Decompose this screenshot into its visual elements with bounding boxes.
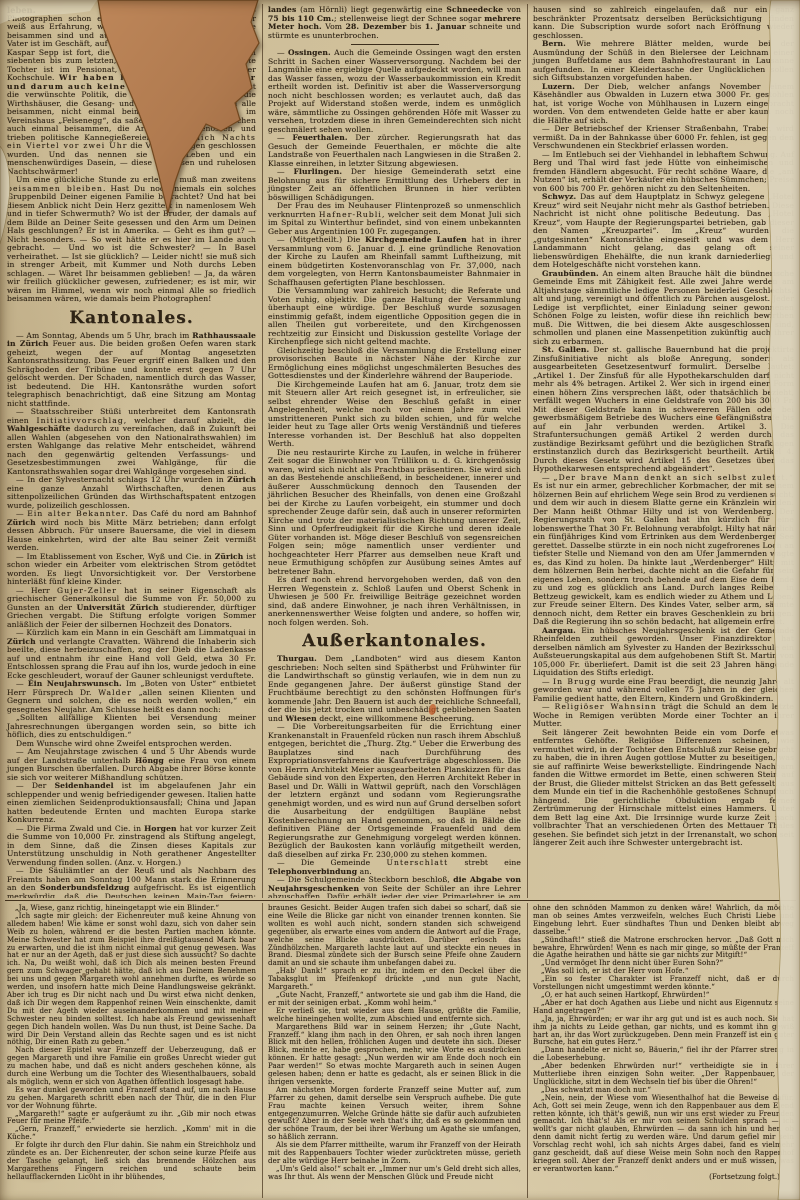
text: Photographen schon eine Familiengruppe b… xyxy=(7,14,256,83)
paragraph: „Dann handelte er nicht so, Bäuerin,“ fi… xyxy=(533,1047,794,1063)
paragraph: — Die Vorbereitungsarbeiten für die Erri… xyxy=(268,723,521,859)
paragraph: — Die Schulgemeinde Steckborn beschloß, … xyxy=(268,876,521,898)
text: — Der Betriebschef der Krienser Straßenb… xyxy=(533,124,794,150)
paragraph: — „Der brave Mann denkt an sich selbst z… xyxy=(533,474,794,627)
paragraph: St. Gallen. Der st. gallische Bauernbund… xyxy=(533,346,794,474)
paragraph: — Am Neujahrstage zwischen 4 und 5 Uhr A… xyxy=(7,748,256,782)
feuilleton-divider-rule xyxy=(5,900,796,901)
paragraph: — Am Sonntag, Abends um 5 Uhr, brach im … xyxy=(7,332,256,409)
text: „Ja, ja, Ehrwürden; er war ihr arg gut u… xyxy=(533,1015,794,1047)
paragraph: „Ich sagte mir gleich: der Eichenreuter … xyxy=(7,913,256,1047)
text: Die Kirchgemeinde Laufen hat am 6. Janua… xyxy=(268,380,521,449)
paragraph: „Hab' Dank!“ sprach er zu ihr, indem er … xyxy=(268,968,521,992)
paragraph: — Ossingen. Auch die Gemeinde Ossingen w… xyxy=(268,49,521,134)
paragraph: Es darf noch ehrend hervorgehoben werden… xyxy=(268,576,521,627)
page-content: leben.vom modernen Familien-Photographen… xyxy=(5,4,796,1198)
text: „O, er hat auch seinen Hartkopf, Ehrwürd… xyxy=(541,991,709,999)
paragraph: „Gute Nacht, Franzeff,“ antwortete sie u… xyxy=(268,992,521,1008)
text: „Aber bedenken Ehrwürden nur!“ vertheidi… xyxy=(533,1062,794,1086)
paragraph: Schwyz. Das auf dem Hauptplatz in Schwyz… xyxy=(533,193,794,270)
text: Er folgte ihr durch den Flur dahin. Sie … xyxy=(7,1141,256,1181)
text: (Fortsetzung folgt.) xyxy=(709,1173,780,1181)
text: bis xyxy=(406,22,425,31)
top-article: leben.vom modernen Familien-Photographen… xyxy=(7,6,256,304)
paragraph: landes (am Hörnli) liegt gegenwärtig ein… xyxy=(268,6,521,40)
text: Feuer aus. Die beiden großen Oefen waren… xyxy=(7,339,256,408)
text: „Sollten allfällige Klienten bei Versend… xyxy=(7,713,256,739)
text: eine ganze Anzahl Wirthschaften, denen a… xyxy=(7,484,256,510)
paragraph: „Ja, ja, Ehrwürden; er war ihr arg gut u… xyxy=(533,1016,794,1048)
paragraph: „Sündhaft!“ stieß die Matrone erschrocke… xyxy=(533,937,794,961)
main-column-2: landes (am Hörnli) liegt gegenwärtig ein… xyxy=(263,4,528,898)
paragraph: — (Mitgetheilt.) Die Kirchgemeinde Laufe… xyxy=(268,236,521,287)
bold-text: 1. Januar xyxy=(425,22,466,31)
text: Nach dieser Epistel war Franzeff der Ueb… xyxy=(7,1046,256,1086)
paragraph: Bern. Wie mehrere Blätter melden, wurde … xyxy=(533,40,794,83)
paragraph: Nach dieser Epistel war Franzeff der Ueb… xyxy=(7,1047,256,1087)
section-heading-ausserkantonales: Außerkantonales. xyxy=(268,632,521,651)
text: „Margareth!“ sagte er aufgeräumt zu ihr.… xyxy=(7,1110,256,1126)
text: — Die Vorbereitungsarbeiten für die Erri… xyxy=(268,722,521,859)
paragraph: — Der Betriebschef der Krienser Straßenb… xyxy=(533,125,794,151)
ausserkantonales-items: Thurgau. Dem „Landboten“ wird aus diesem… xyxy=(268,655,521,898)
text: strebt eine xyxy=(448,858,521,867)
paragraph: Aargau. Ein hübsches Neujahrsgeschenk is… xyxy=(533,627,794,678)
text: Margarethens Bild war in seinem Herzen; … xyxy=(268,1023,521,1086)
text: „Nein, nein, der Wiese vom Wiesenthalhof… xyxy=(533,1094,794,1173)
paragraph: — Herr Gujer-Zeller hat in seiner Eigens… xyxy=(7,587,256,630)
paragraph: — Im Etablissement von Escher, Wyß und C… xyxy=(7,553,256,587)
text: „Gute Nacht, Franzeff,“ antwortete sie u… xyxy=(268,991,521,1007)
column2-items: — Ossingen. Auch die Gemeinde Ossingen w… xyxy=(268,49,521,627)
text: Als sie dem Pfarrer mittheilte, warum ih… xyxy=(268,1141,521,1165)
feuilleton-column-2: braunes Gesicht. Beider Augen trafen sic… xyxy=(263,903,528,1198)
text: „Gern, Franzeff,“ erwiederte sie herzlic… xyxy=(7,1125,256,1141)
paragraph: — Flurlingen. Der hiesige Gemeinderath s… xyxy=(268,168,521,202)
paragraph: Margarethens Bild war in seinem Herzen; … xyxy=(268,1024,521,1087)
text: „Um's Geld also!“ schalt er. „Immer nur … xyxy=(268,1165,521,1181)
text: „Sündhaft!“ stieß die Matrone erschrocke… xyxy=(533,936,794,960)
paragraph: — In Brugg wurde eine Frau beerdigt, die… xyxy=(533,678,794,704)
text: „Ich sagte mir gleich: der Eichenreuter … xyxy=(7,912,256,1047)
text: Es ist nur ein armer, gebrechlicher Korb… xyxy=(533,481,794,626)
paragraph: Luzern. Der Dieb, welcher anfangs Novemb… xyxy=(533,83,794,126)
paragraph: — Staatsschreiber Stüßi unterbreitet dem… xyxy=(7,408,256,476)
paragraph: Seit längerer Zeit bewohnten Beide ein v… xyxy=(533,729,794,848)
paragraph: Er verließ sie, trat wieder aus dem Haus… xyxy=(268,1008,521,1024)
feuilleton-section: „Ja, Wiese, ganz richtig, hineingetappt … xyxy=(5,903,796,1198)
paragraph: — Ein alter Bekannter. Das Café du nord … xyxy=(7,510,256,553)
text: Das auf dem Hauptplatz in Schwyz gelegen… xyxy=(533,192,794,269)
text: Die Versammlung war zahlreich besucht; d… xyxy=(268,286,521,346)
paragraph: — Der Seidenhandel ist im abgelaufenen J… xyxy=(7,782,256,825)
text: Es darf noch ehrend hervorgehoben werden… xyxy=(268,575,521,627)
paragraph: Die Kirchgemeinde Laufen hat am 6. Janua… xyxy=(268,381,521,449)
text: braunes Gesicht. Beider Augen trafen sic… xyxy=(268,904,521,967)
kantonales-items: — Am Sonntag, Abends um 5 Uhr, brach im … xyxy=(7,332,256,899)
text: „Das schwatzt man doch nur.“ xyxy=(541,1086,651,1094)
paragraph: — Ein Neujahrswunsch. Im „Boten von Uste… xyxy=(7,680,256,714)
paragraph: Graubünden. An einem alten Brauche hält … xyxy=(533,270,794,347)
text: Am nächsten Morgen forderte Franzeff sei… xyxy=(268,1086,521,1141)
text: Auch die Gemeinde Ossingen wagt den erst… xyxy=(268,48,521,134)
paragraph: (Fortsetzung folgt.) xyxy=(533,1174,794,1182)
paragraph: „Margareth!“ sagte er aufgeräumt zu ihr.… xyxy=(7,1111,256,1127)
paragraph: — In der Sylvesternacht schlags 12 Uhr w… xyxy=(7,476,256,510)
text: Seit längerer Zeit bewohnten Beide ein v… xyxy=(533,728,794,848)
paragraph: Als sie dem Pfarrer mittheilte, warum ih… xyxy=(268,1142,521,1166)
paragraph: Um eine glückliche Stunde zu erleben, mu… xyxy=(7,176,256,304)
paragraph: Photographen schon eine Familiengruppe b… xyxy=(7,15,256,177)
paragraph: „Gern, Franzeff,“ erwiederte sie herzlic… xyxy=(7,1126,256,1142)
paragraph: Gleichzeitig beschloß die Versammlung di… xyxy=(268,347,521,381)
text: „Ein so fester Charakter ist Franzeff ni… xyxy=(533,975,794,991)
text: — Im Entlebuch sei der Viehhandel in leb… xyxy=(533,150,794,193)
paragraph: Die neu restaurirte Kirche zu Laufen, in… xyxy=(268,449,521,577)
paragraph: — Die Gemeinde Unterschlatt strebt eine … xyxy=(268,859,521,876)
spaced-text: Unterschlatt xyxy=(386,858,448,867)
text: „Hab' Dank!“ sprach er zu ihr, indem er … xyxy=(268,967,521,991)
main-column-3: hausen sind so zahlreich eingelaufen, da… xyxy=(528,4,796,898)
paragraph: „Aber er hat doch Agathen aus Liebe und … xyxy=(533,1000,794,1016)
paragraph: — Feuerthalen. Der zürcher. Regierungsra… xyxy=(268,134,521,168)
text: und verlangte Cravatten. Während die Inh… xyxy=(7,637,256,680)
paragraph: — Kürzlich kam ein Mann in ein Geschäft … xyxy=(7,629,256,680)
text: Ein hübsches Neujahrsgeschenk ist der Ge… xyxy=(533,626,794,678)
paragraph: — Im Entlebuch sei der Viehhandel in leb… xyxy=(533,151,794,194)
paragraph: „Aber bedenken Ehrwürden nur!“ vertheidi… xyxy=(533,1063,794,1087)
paragraph: „Sollten allfällige Klienten bei Versend… xyxy=(7,714,256,740)
text: Gleichzeitig beschloß die Versammlung di… xyxy=(268,346,521,381)
text: Die neu restaurirte Kirche zu Laufen, in… xyxy=(268,448,521,576)
text: Der st. gallische Bauernbund hat die pro… xyxy=(533,345,794,473)
paragraph: braunes Gesicht. Beider Augen trafen sic… xyxy=(268,905,521,968)
text: „Aber er hat doch Agathen aus Liebe und … xyxy=(533,999,794,1015)
paragraph: — Die Säuliämtler an der Reuß und als Na… xyxy=(7,867,256,898)
text: An einem alten Brauche hält die bündneri… xyxy=(533,269,794,346)
paragraph: — Die Firma Zwald und Cie. in Horgen hat… xyxy=(7,825,256,868)
text: hausen sind so zahlreich eingelaufen, da… xyxy=(533,5,794,40)
text: Es war dunkel geworden und Franzeff stan… xyxy=(7,1086,256,1110)
text: hat in ihrer Versammlung vom 6. Januar d… xyxy=(268,235,521,287)
text: „Dann handelte er nicht so, Bäuerin,“ fi… xyxy=(533,1046,794,1062)
feuilleton-column-3: ohne den schnöden Mammon zu denken wäre!… xyxy=(528,903,796,1198)
text: wird noch bis Mitte März betrieben; dann… xyxy=(7,518,256,553)
paragraph: Es war dunkel geworden und Franzeff stan… xyxy=(7,1087,256,1111)
separator-rule xyxy=(351,44,439,45)
text: Er verließ sie, trat wieder aus dem Haus… xyxy=(268,1007,521,1023)
main-section: leben.vom modernen Familien-Photographen… xyxy=(5,4,796,898)
main-column-1: leben.vom modernen Familien-Photographen… xyxy=(5,4,263,898)
paragraph: „Ein so fester Charakter ist Franzeff ni… xyxy=(533,976,794,992)
text: Dem „Landboten“ wird aus diesem Kanton g… xyxy=(268,654,521,723)
paragraph: Am nächsten Morgen forderte Franzeff sei… xyxy=(268,1087,521,1142)
text: ohne den schnöden Mammon zu denken wäre!… xyxy=(533,904,794,936)
paragraph: ohne den schnöden Mammon zu denken wäre!… xyxy=(533,905,794,937)
column3-items: hausen sind so zahlreich eingelaufen, da… xyxy=(533,6,794,848)
text: . Hast Du noch niemals ein solches Grupp… xyxy=(7,184,256,304)
paragraph: hausen sind so zahlreich eingelaufen, da… xyxy=(533,6,794,40)
section-heading-kantonales: Kantonales. xyxy=(7,309,256,328)
paragraph: „Um's Geld also!“ schalt er. „Immer nur … xyxy=(268,1166,521,1182)
paragraph: — Religiöser Wahnsinn trägt die Schuld a… xyxy=(533,703,794,729)
paragraph: Er folgte ihr durch den Flur dahin. Sie … xyxy=(7,1142,256,1182)
text: „Ja, Wiese, ganz richtig, hineingetappt … xyxy=(15,904,219,912)
column2-continuation: landes (am Hörnli) liegt gegenwärtig ein… xyxy=(268,6,521,40)
feuilleton-column-1: „Ja, Wiese, ganz richtig, hineingetappt … xyxy=(5,903,263,1198)
newspaper-page: leben.vom modernen Familien-Photographen… xyxy=(0,0,800,1200)
paragraph: „Nein, nein, der Wiese vom Wiesenthalhof… xyxy=(533,1095,794,1174)
paragraph: Die Versammlung war zahlreich besucht; d… xyxy=(268,287,521,347)
paragraph: Der Frau des im Neuhauser Flintenprozeß … xyxy=(268,202,521,236)
paragraph: Thurgau. Dem „Landboten“ wird aus diesem… xyxy=(268,655,521,723)
text: dadurch zu vereinfachen, daß in Zukunft … xyxy=(7,424,256,476)
text: Wie mehrere Blätter melden, wurde bei de… xyxy=(533,39,794,82)
